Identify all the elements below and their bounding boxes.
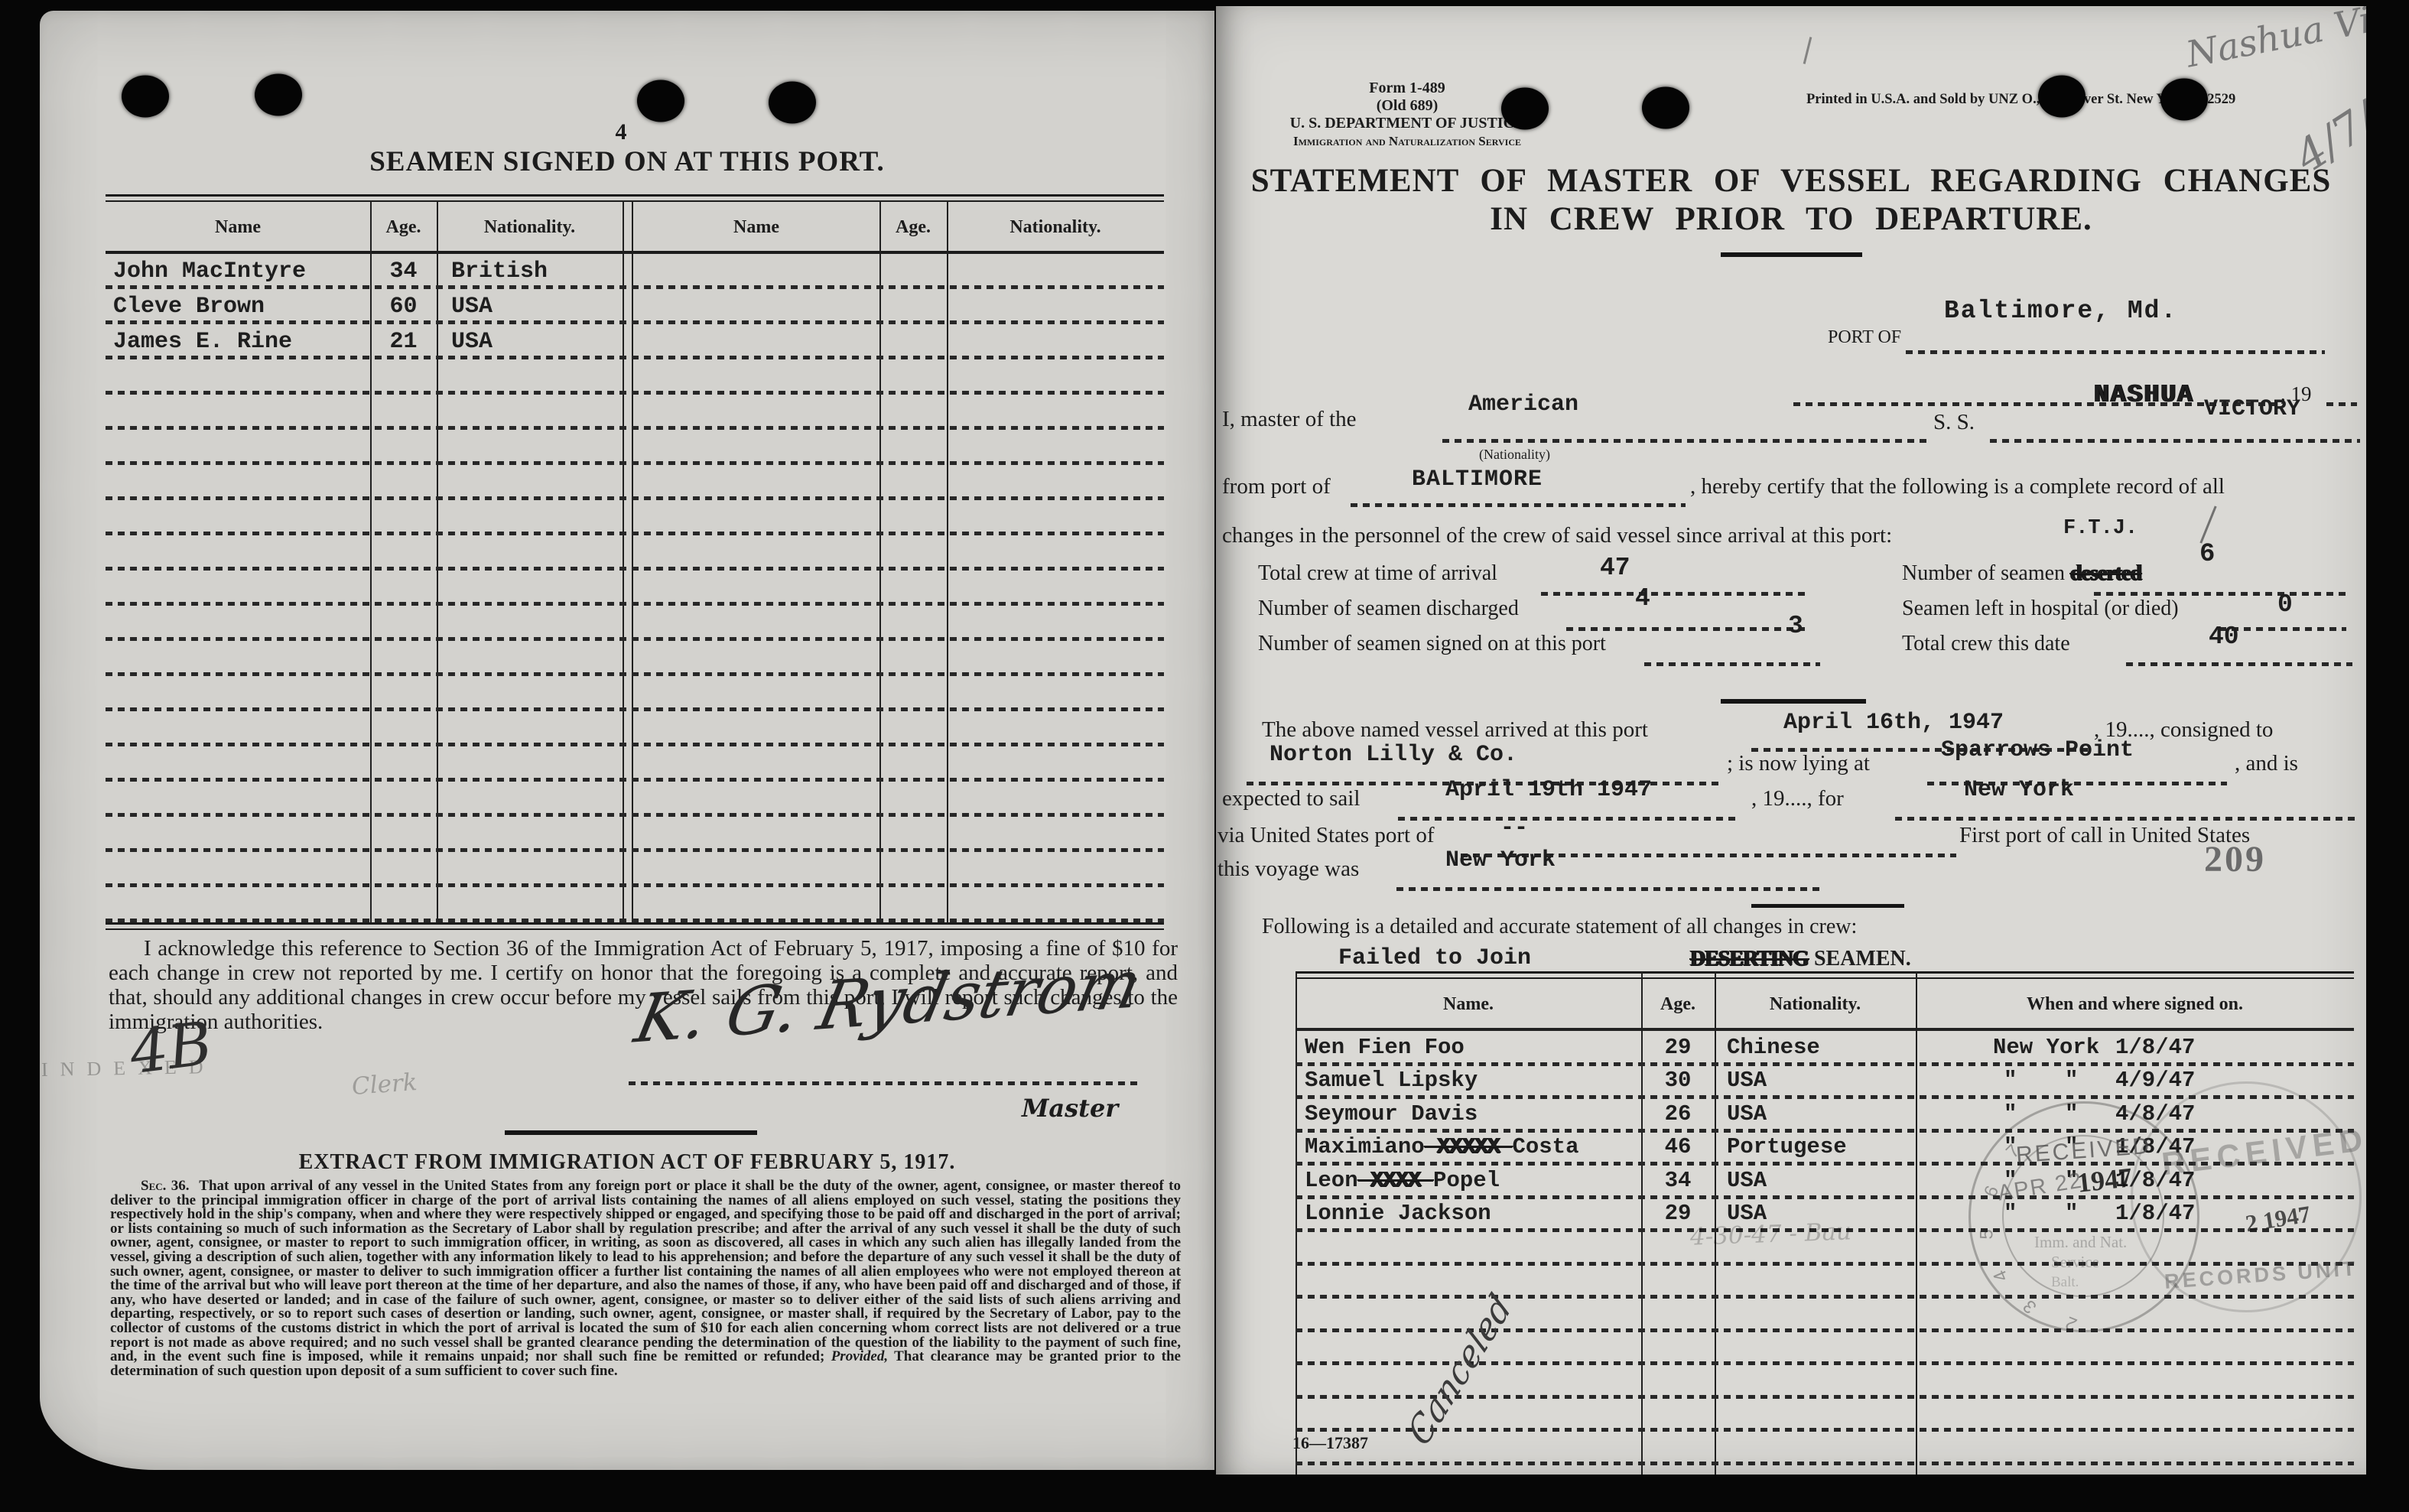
crew-signed-where: New York [1993, 1035, 2099, 1060]
extract-heading: EXTRACT FROM IMMIGRATION ACT OF FEBRUARY… [40, 1150, 1214, 1175]
col-header-name: Name [106, 217, 370, 238]
seaman-nationality: USA [451, 294, 493, 320]
vessel-nationality: American [1468, 392, 1578, 418]
seaman-nationality: British [451, 259, 548, 285]
stamp-org-line1: Imm. and Nat. [2034, 1233, 2127, 1252]
col-header-nationality: Nationality. [437, 217, 623, 238]
ss-label: S. S. [1933, 410, 1975, 435]
deserted-prefix: Number of seamen [1902, 561, 2070, 585]
seaman-age: 21 [370, 329, 437, 355]
crew-nationality: USA [1727, 1101, 1767, 1127]
seaman-name: John MacIntyre [113, 259, 306, 285]
nationality-line [1442, 439, 1927, 443]
total-now-label: Total crew this date [1902, 632, 2070, 656]
hospital-value: 0 [2277, 590, 2293, 619]
punch-hole-icon [122, 76, 169, 118]
stat-line [1644, 662, 1820, 666]
total-arrival-label: Total crew at time of arrival [1258, 561, 1497, 586]
nationality-caption: (Nationality) [1479, 447, 1550, 463]
crew-age: 30 [1641, 1068, 1715, 1093]
crew-name: Leon XXXX Popel [1305, 1168, 1500, 1193]
left-page: 4 SEAMEN SIGNED ON AT THIS PORT. Name Ag… [40, 11, 1214, 1470]
seamen-row [106, 746, 1164, 782]
title-divider [1721, 252, 1862, 257]
seamen-row: James E. Rine21USA [106, 324, 1164, 359]
seamen-row: Cleve Brown60USA [106, 289, 1164, 324]
voyage-line [1398, 817, 1741, 821]
stamp-dial-number: 4 [1989, 1267, 2013, 1284]
received-stamp-2: RECEIVED 2 1947 RECORDS UNIT [2131, 1081, 2360, 1311]
date-line [1793, 402, 2275, 406]
section-divider [505, 1130, 757, 1135]
ditto-mark: " [2065, 1068, 2078, 1093]
stamp-year-text: 1947 [2076, 1161, 2134, 1198]
stat-line [1566, 627, 1805, 631]
crew-nationality: USA [1727, 1068, 1767, 1093]
punch-hole-icon [2038, 76, 2086, 118]
crew-row: Wen Fien Foo29ChineseNew York1/8/47 [1296, 1032, 2354, 1066]
seamen-row [106, 817, 1164, 852]
stamp-dial-number: 5 [1977, 1229, 1998, 1239]
table-bottom-rule [106, 922, 1164, 930]
crew-name-struck: XXXX [1358, 1168, 1433, 1193]
failed-to-join-note: Failed to Join [1338, 945, 1531, 971]
lying-label: ; is now lying at [1727, 751, 1870, 776]
deserted-value: 6 [2199, 540, 2215, 569]
consignee-value: Norton Lilly & Co. [1270, 742, 1517, 768]
seaman-nationality: USA [451, 329, 493, 355]
seamen-row [106, 359, 1164, 395]
sail-destination: New York [1964, 777, 2074, 803]
voyage-was-label: this voyage was [1218, 857, 1359, 882]
deserted-label: Number of seamen deserted [1902, 561, 2141, 586]
sec36-provided: Provided, [831, 1348, 888, 1364]
master-label: I, master of the [1222, 407, 1357, 432]
seamen-row [106, 676, 1164, 711]
seamen-row [106, 887, 1164, 922]
deserting-seamen-heading: DESERTING SEAMEN. [1690, 947, 1911, 971]
crew-name-struck: XXXXX [1425, 1134, 1513, 1159]
sail-label: expected to sail [1222, 786, 1360, 811]
port-value: Baltimore, Md. [1944, 297, 2177, 325]
seaman-age: 34 [370, 259, 437, 285]
signature-line [629, 1081, 1139, 1085]
deserting-struck-word: DESERTING [1690, 947, 1809, 971]
col-header-nationality-2: Nationality. [947, 217, 1164, 238]
section-divider [1721, 699, 1866, 704]
lying-value: Sparrows Point [1941, 737, 2134, 763]
certify-text: , hereby certify that the following is a… [1690, 474, 2225, 499]
seamen-row [106, 571, 1164, 606]
seamen-row [106, 782, 1164, 817]
crew-name: Samuel Lipsky [1305, 1068, 1478, 1093]
port-label: PORT OF [1828, 327, 1901, 348]
pencil-date-note: 4-30-47 - Bau [1689, 1218, 1851, 1250]
crew-name: Maximiano XXXXX Costa [1305, 1134, 1578, 1159]
total-now-value: 40 [2209, 623, 2239, 651]
arrived-label: The above named vessel arrived at this p… [1262, 717, 1648, 743]
footer-code: 16—17387 [1292, 1433, 1368, 1453]
seamen-signed-table: Name Age. Nationality. Name Age. Nationa… [106, 194, 1164, 928]
vessel-line [1990, 439, 2360, 443]
crew-name: Lonnie Jackson [1305, 1201, 1491, 1226]
crew-row [1296, 1465, 2354, 1475]
crew-signed-date: 1/8/47 [2115, 1035, 2195, 1060]
crew-name: Wen Fien Foo [1305, 1035, 1465, 1060]
discharged-value: 4 [1635, 584, 1650, 613]
seamen-row [106, 430, 1164, 465]
pencil-clerk-note: Clerk [351, 1068, 418, 1101]
sail-value: April 19th 1947 [1445, 777, 1652, 803]
voyage-was-value: New York [1445, 847, 1556, 873]
crew-nationality: Chinese [1727, 1035, 1820, 1060]
sec36-paragraph: Sec. 36. That upon arrival of any vessel… [110, 1179, 1181, 1378]
seamen-row [106, 395, 1164, 430]
typed-note-ftj: F.T.J. [2063, 517, 2138, 540]
crew-nationality: Portugese [1727, 1134, 1847, 1159]
seamen-row [106, 711, 1164, 746]
pencil-initials: 4B [126, 1010, 216, 1088]
ditto-mark: " [2004, 1068, 2017, 1093]
crew-table-top-rule [1296, 971, 2354, 979]
seamen-row [106, 641, 1164, 676]
following-text: Following is a detailed and accurate sta… [1262, 915, 1857, 939]
vessel-name-second: VICTORY [2204, 396, 2300, 422]
from-port-line [1351, 503, 1686, 507]
seamen-row [106, 852, 1164, 887]
stat-line [2126, 662, 2352, 666]
deserted-struck-word: deserted [2070, 561, 2141, 585]
crew-col-name: Name. [1296, 994, 1641, 1015]
sec36-text-a: That upon arrival of any vessel in the U… [110, 1178, 1181, 1364]
punch-hole-icon [2160, 79, 2208, 121]
via-value: -- [1500, 815, 1528, 841]
stamp-org-line2: Service [2051, 1253, 2099, 1272]
punch-hole-icon [1642, 87, 1689, 129]
stamp-dial-number: 3 [2019, 1295, 2041, 1317]
seaman-age: 60 [370, 294, 437, 320]
punch-hole-icon [255, 74, 302, 116]
crew-col-age: Age. [1641, 994, 1715, 1015]
crew-col-nationality: Nationality. [1715, 994, 1916, 1015]
col-header-age-2: Age. [879, 217, 947, 238]
punch-hole-icon [1501, 88, 1549, 130]
page-number: 4 [598, 119, 644, 145]
total-arrival-value: 47 [1600, 554, 1630, 582]
seamen-row [106, 465, 1164, 500]
signed-on-value: 3 [1788, 612, 1803, 640]
handwritten-vessel-name: Nashua Victory [2183, 6, 2366, 76]
crew-age: 29 [1641, 1035, 1715, 1060]
table-rows: John MacIntyre34BritishCleve Brown60USAJ… [106, 254, 1164, 922]
hospital-label: Seamen left in hospital (or died) [1902, 597, 2179, 621]
file-number-stamp: 209 [2204, 838, 2266, 880]
crew-name: Seymour Davis [1305, 1101, 1478, 1127]
section-divider [1751, 904, 1904, 908]
lying-suffix: , and is [2235, 751, 2298, 776]
crew-nationality: USA [1727, 1168, 1767, 1193]
form-title-line2: IN CREW PRIOR TO DEPARTURE. [1216, 200, 2366, 238]
service-name: Immigration and Naturalization Service [1247, 132, 1568, 150]
via-label: via United States port of [1218, 823, 1435, 848]
form-title-line1: STATEMENT OF MASTER OF VESSEL REGARDING … [1216, 162, 2366, 200]
from-port-label: from port of [1222, 474, 1331, 499]
crew-col-signed-on: When and where signed on. [1916, 994, 2354, 1015]
left-page-title: SEAMEN SIGNED ON AT THIS PORT. [40, 145, 1214, 178]
col-header-name-2: Name [633, 217, 879, 238]
punch-hole-icon [637, 80, 684, 122]
port-line [1906, 350, 2325, 354]
voyage-line [1895, 817, 2360, 821]
signed-on-label: Number of seamen signed on at this port [1258, 632, 1606, 656]
changes-text: changes in the personnel of the crew of … [1222, 523, 1892, 548]
date-line-end [2326, 402, 2357, 406]
crew-header-rule [1296, 1028, 2354, 1031]
seamen-row [106, 606, 1164, 641]
seamen-word: SEAMEN. [1814, 947, 1911, 971]
seamen-row [106, 535, 1164, 571]
pen-slash-mark [2199, 506, 2216, 543]
seaman-name: James E. Rine [113, 329, 292, 355]
voyage-line [1396, 887, 1825, 891]
table-top-rule [106, 194, 1164, 202]
stat-line [1541, 592, 1805, 596]
scanned-document: 4 SEAMEN SIGNED ON AT THIS PORT. Name Ag… [0, 0, 2409, 1512]
crew-row [1296, 1432, 2354, 1465]
seaman-name: Cleve Brown [113, 294, 265, 320]
discharged-label: Number of seamen discharged [1258, 597, 1519, 621]
col-header-age: Age. [370, 217, 437, 238]
vessel-name-first: NASHUA [2094, 381, 2194, 409]
stat-line [2094, 592, 2346, 596]
right-page: Form 1-489 (Old 689) U. S. DEPARTMENT OF… [1216, 6, 2366, 1475]
crew-age: 34 [1641, 1168, 1715, 1193]
arrived-value: April 16th, 1947 [1783, 710, 2004, 736]
signature-role-label: Master [1022, 1094, 1118, 1123]
pen-tick-mark [1803, 37, 1812, 64]
from-port-value: BALTIMORE [1412, 467, 1543, 493]
crew-age: 46 [1641, 1134, 1715, 1159]
seamen-row [106, 500, 1164, 535]
punch-hole-icon [769, 82, 816, 124]
crew-age: 26 [1641, 1101, 1715, 1127]
sail-suffix: , 19...., for [1751, 786, 1844, 811]
stamp-org-line3: Balt. [2051, 1274, 2079, 1291]
seamen-row: John MacIntyre34British [106, 254, 1164, 289]
